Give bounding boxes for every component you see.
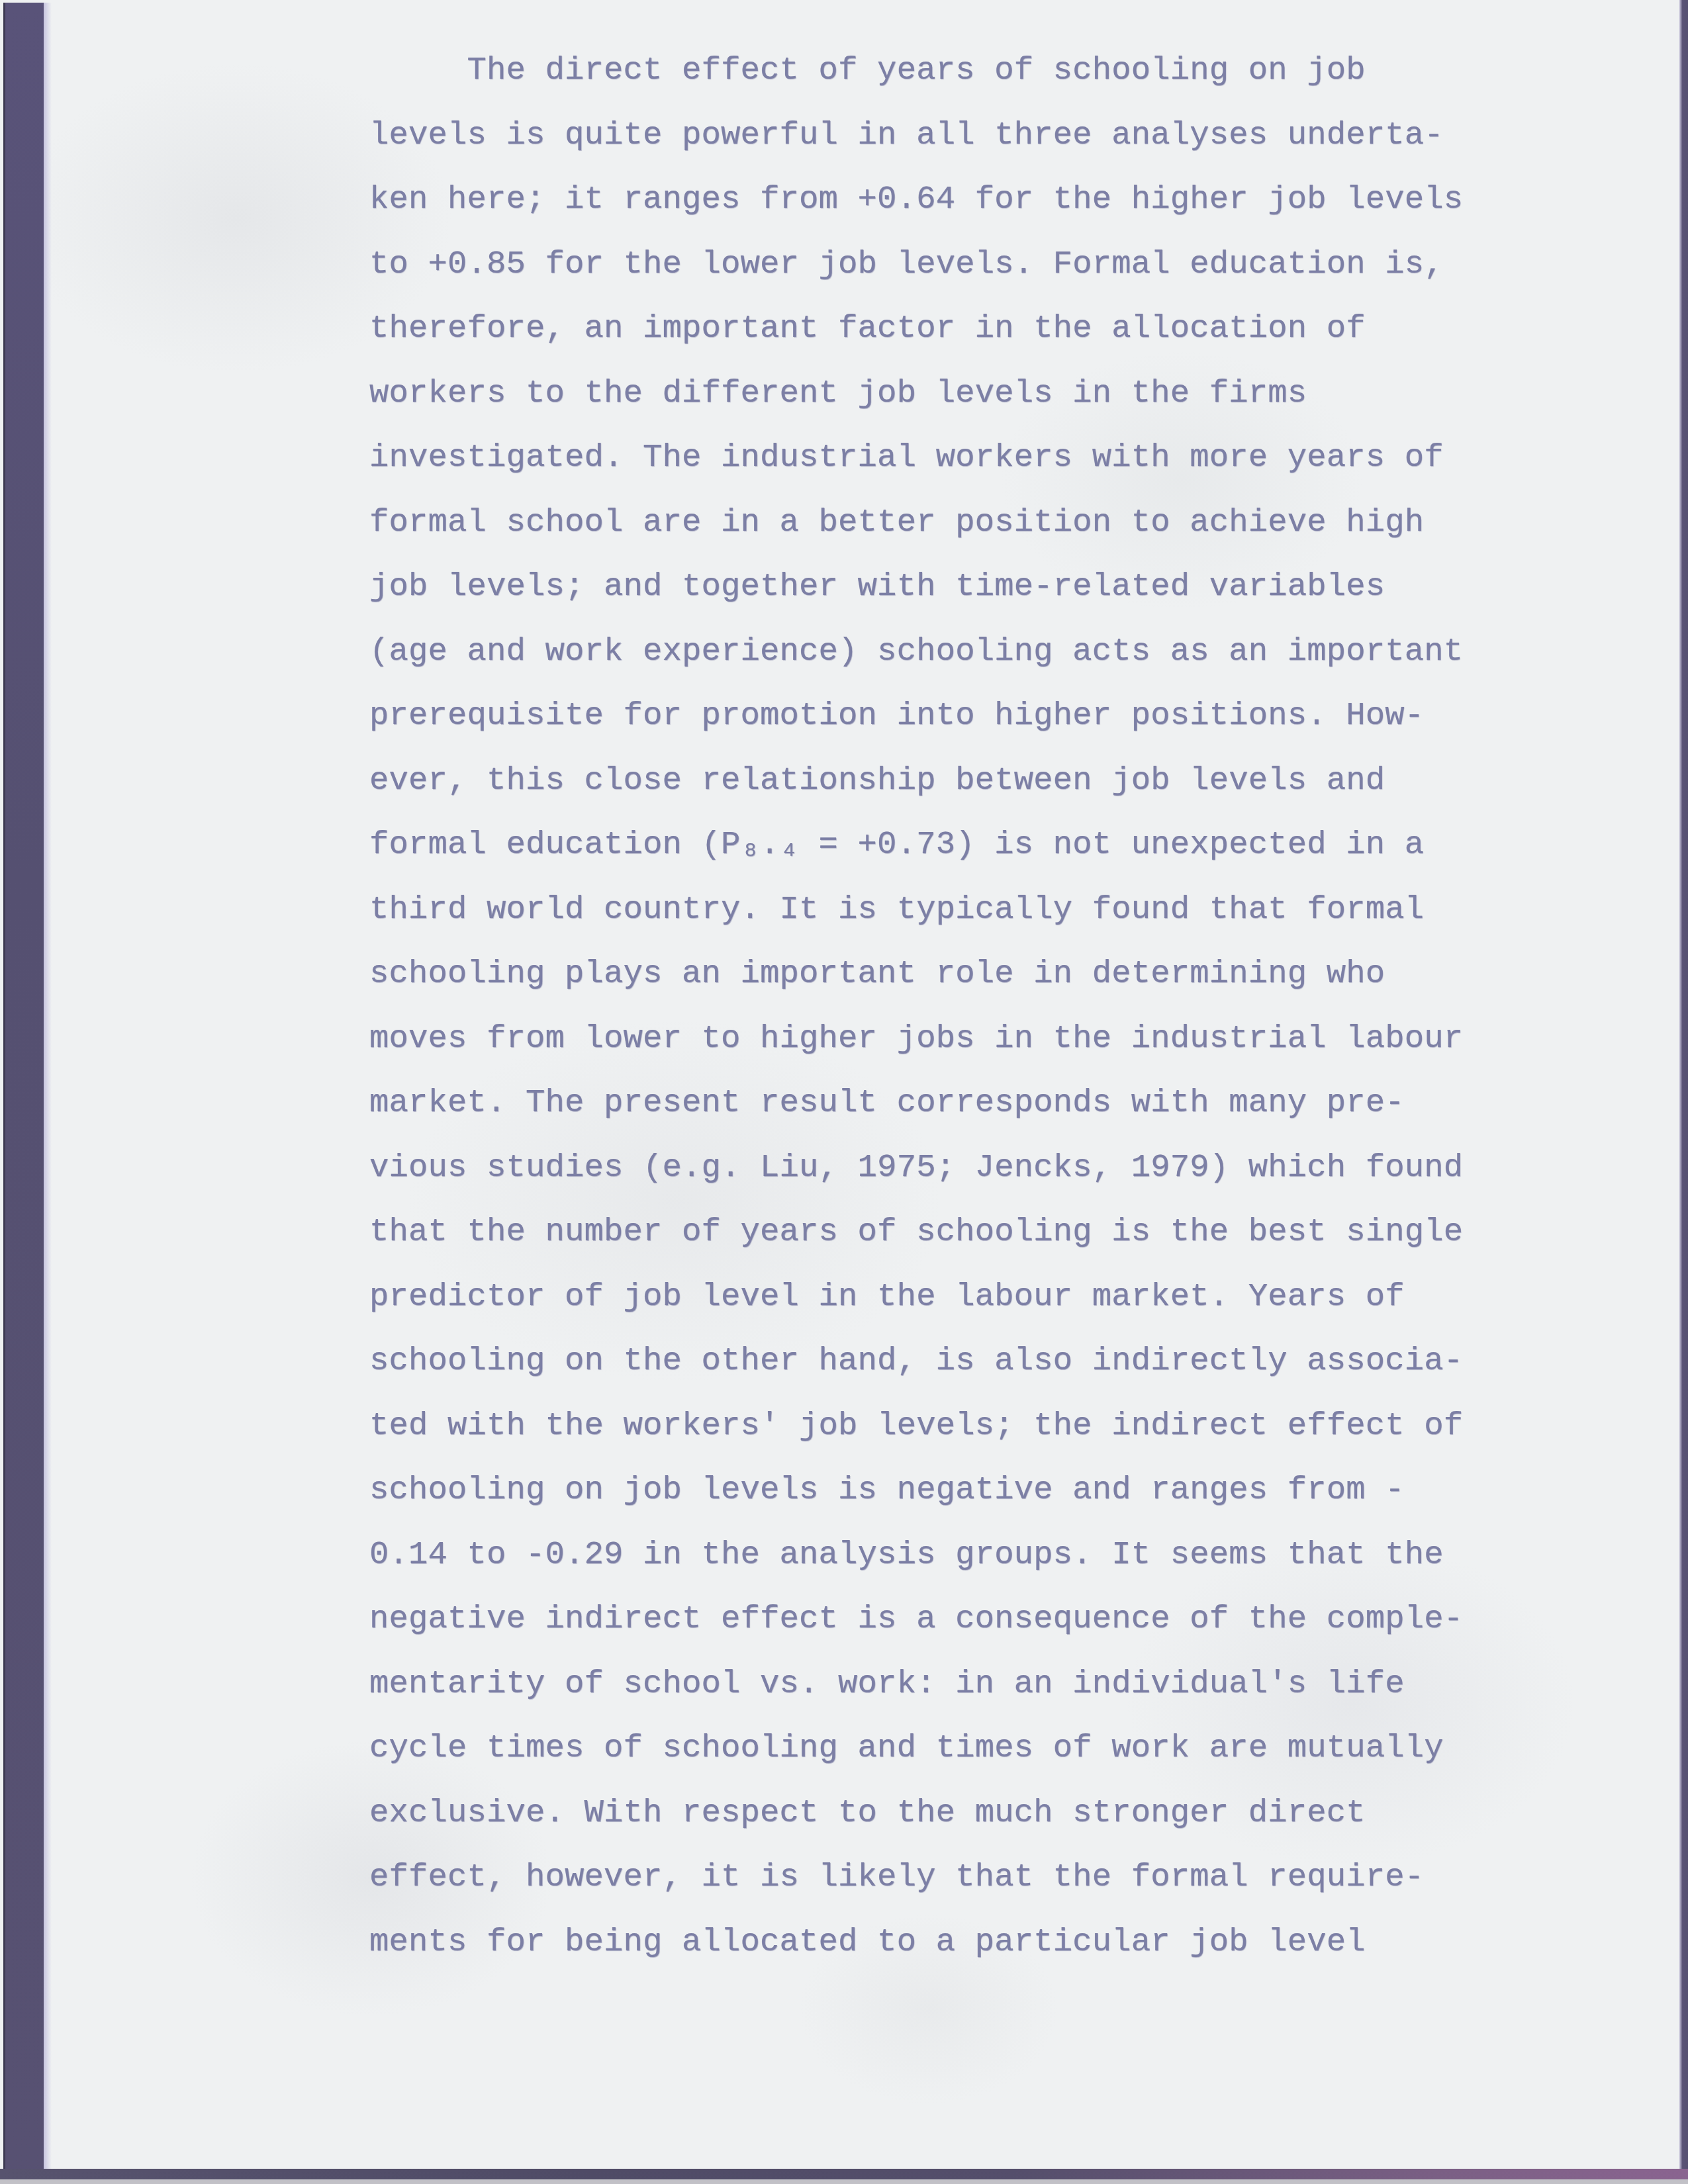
page-edge-right	[1679, 0, 1688, 2179]
text-line: to +0.85 for the lower job levels. Forma…	[369, 232, 1508, 297]
text-line: levels is quite powerful in all three an…	[369, 103, 1508, 168]
text-line: market. The present result corresponds w…	[369, 1071, 1508, 1136]
text-line: ted with the workers' job levels; the in…	[369, 1394, 1508, 1459]
scanned-page: The direct effect of years of schooling …	[0, 0, 1688, 2184]
text-line: formal education (P₈.₄ = +0.73) is not u…	[369, 813, 1508, 878]
text-line: investigated. The industrial workers wit…	[369, 426, 1508, 490]
bottom-edge-gray	[0, 2179, 1688, 2184]
text-line: job levels; and together with time-relat…	[369, 555, 1508, 619]
text-line: formal school are in a better position t…	[369, 490, 1508, 555]
text-line: ments for being allocated to a particula…	[369, 1910, 1508, 1975]
text-line: cycle times of schooling and times of wo…	[369, 1716, 1508, 1781]
text-line: negative indirect effect is a consequenc…	[369, 1587, 1508, 1652]
text-line: workers to the different job levels in t…	[369, 361, 1508, 426]
paragraph-block: The direct effect of years of schooling …	[369, 38, 1508, 1974]
text-line: third world country. It is typically fou…	[369, 878, 1508, 942]
text-line: that the number of years of schooling is…	[369, 1200, 1508, 1265]
text-line: mentarity of school vs. work: in an indi…	[369, 1652, 1508, 1717]
text-line: schooling on job levels is negative and …	[369, 1458, 1508, 1523]
binding-highlight-fringe	[44, 3, 52, 2176]
text-line: moves from lower to higher jobs in the i…	[369, 1007, 1508, 1071]
binding-shadow-left	[3, 3, 44, 2176]
text-line: prerequisite for promotion into higher p…	[369, 684, 1508, 749]
text-line: ever, this close relationship between jo…	[369, 749, 1508, 813]
text-line: exclusive. With respect to the much stro…	[369, 1781, 1508, 1846]
text-line: The direct effect of years of schooling …	[369, 38, 1508, 103]
text-line: 0.14 to -0.29 in the analysis groups. It…	[369, 1523, 1508, 1588]
text-line: ken here; it ranges from +0.64 for the h…	[369, 167, 1508, 232]
text-line: therefore, an important factor in the al…	[369, 296, 1508, 361]
text-line: schooling plays an important role in det…	[369, 942, 1508, 1007]
bottom-edge-band	[0, 2169, 1688, 2179]
text-line: predictor of job level in the labour mar…	[369, 1265, 1508, 1330]
text-line: vious studies (e.g. Liu, 1975; Jencks, 1…	[369, 1136, 1508, 1201]
text-line: (age and work experience) schooling acts…	[369, 619, 1508, 684]
text-line: effect, however, it is likely that the f…	[369, 1845, 1508, 1910]
text-line: schooling on the other hand, is also ind…	[369, 1329, 1508, 1394]
